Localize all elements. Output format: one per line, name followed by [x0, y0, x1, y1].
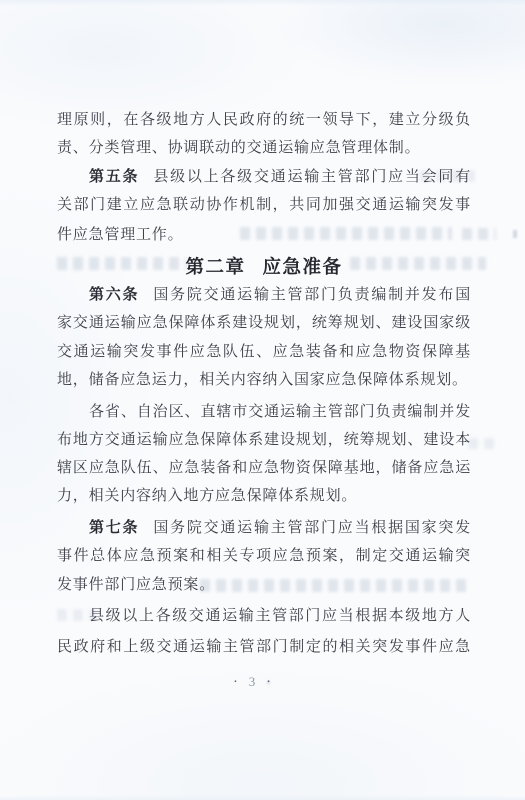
page-number-value: 3 — [249, 674, 256, 689]
chapter-heading: 第二章应急准备 — [57, 253, 471, 279]
line-text: 事件总体应急预案和相关专项应急预案，制定交通运输突 — [57, 548, 471, 564]
scan-speck — [513, 230, 517, 238]
line-text: 布地方交通运输应急保障体系建设规划，统筹规划、建设本 — [57, 432, 471, 448]
line-text: 国务院交通运输主管部门应当根据国家突发 — [153, 520, 471, 536]
line-text: 件应急管理工作。 — [57, 227, 183, 243]
page-number: ·3· — [45, 674, 459, 691]
line-text: 辖区应急队伍、应急装备和应急物资保障基地，储备应急运 — [57, 460, 471, 476]
line-text: 县级以上各级交通运输主管部门应当根据本级地方人 — [89, 608, 471, 624]
text-line: 事件总体应急预案和相关专项应急预案，制定交通运输突 — [57, 546, 471, 567]
line-text: 家交通运输应急保障体系建设规划，统筹规划、建设国家级 — [57, 315, 471, 331]
text-line: 地，储备应急运力，相关内容纳入国家应急保障体系规划。 — [57, 370, 471, 391]
text-line: 责、分类管理、协调联动的交通运输应急管理体制。 — [57, 138, 471, 159]
text-line: 县级以上各级交通运输主管部门应当根据本级地方人 — [57, 606, 471, 627]
article-number: 第五条 — [89, 169, 139, 185]
line-text: 发事件部门应急预案。 — [57, 577, 215, 593]
text-line: 家交通运输应急保障体系建设规划，统筹规划、建设国家级 — [57, 313, 471, 334]
text-line: 第五条县级以上各级交通运输主管部门应当会同有 — [57, 167, 471, 188]
line-text: 理原则，在各级地方人民政府的统一领导下，建立分级负 — [57, 112, 471, 128]
line-text: 交通运输突发事件应急队伍、应急装备和应急物资保障基 — [57, 344, 471, 360]
text-line: 布地方交通运输应急保障体系建设规划，统筹规划、建设本 — [57, 430, 471, 451]
text-line: 民政府和上级交通运输主管部门制定的相关突发事件应急 — [57, 637, 471, 658]
line-text: 力，相关内容纳入地方应急保障体系规划。 — [57, 488, 357, 504]
chapter-title: 应急准备 — [263, 258, 343, 278]
text-line: 第六条国务院交通运输主管部门负责编制并发布国 — [57, 285, 471, 306]
page-number-dot: · — [233, 675, 238, 690]
text-line: 第七条国务院交通运输主管部门应当根据国家突发 — [57, 518, 471, 539]
text-line: 交通运输突发事件应急队伍、应急装备和应急物资保障基 — [57, 342, 471, 363]
page-number-dot: · — [266, 675, 271, 690]
line-text: 各省、自治区、直辖市交通运输主管部门负责编制并发 — [89, 404, 471, 420]
text-line: 理原则，在各级地方人民政府的统一领导下，建立分级负 — [57, 110, 471, 131]
text-line: 辖区应急队伍、应急装备和应急物资保障基地，储备应急运 — [57, 458, 471, 479]
line-text: 地，储备应急运力，相关内容纳入国家应急保障体系规划。 — [57, 372, 468, 388]
bleedthrough-artifact — [468, 438, 500, 449]
article-number: 第六条 — [89, 287, 139, 303]
text-line: 各省、自治区、直辖市交通运输主管部门负责编制并发 — [57, 402, 471, 423]
line-text: 关部门建立应急联动协作机制，共同加强交通运输突发事 — [57, 197, 471, 213]
chapter-number: 第二章 — [185, 258, 245, 278]
article-number: 第七条 — [89, 520, 139, 536]
line-text: 民政府和上级交通运输主管部门制定的相关突发事件应急 — [57, 639, 471, 655]
text-line: 发事件部门应急预案。 — [57, 575, 471, 596]
text-line: 力，相关内容纳入地方应急保障体系规划。 — [57, 486, 471, 507]
text-line: 件应急管理工作。 — [57, 225, 471, 246]
line-text: 责、分类管理、协调联动的交通运输应急管理体制。 — [57, 140, 420, 156]
scanned-document-page: { "document": { "heading": { "chapter": … — [0, 0, 525, 800]
line-text: 国务院交通运输主管部门负责编制并发布国 — [153, 287, 471, 303]
text-line: 关部门建立应急联动协作机制，共同加强交通运输突发事 — [57, 195, 471, 216]
line-text: 县级以上各级交通运输主管部门应当会同有 — [153, 169, 471, 185]
